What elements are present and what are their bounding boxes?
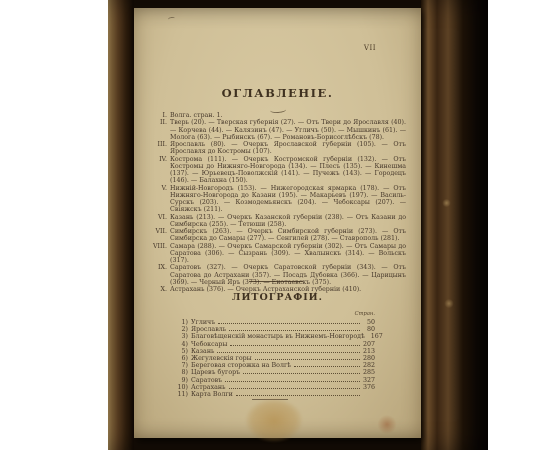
lithograph-item: 10)Астрахань376 <box>174 384 375 391</box>
lithograph-item: 7)Береговая сторожка на Волгѣ282 <box>174 362 375 369</box>
lithograph-item: 1)Угличъ50 <box>174 319 375 326</box>
lithograph-item: 9)Саратовъ327 <box>174 377 375 384</box>
ink-mark <box>168 16 176 21</box>
toc-chapter-numeral: I. <box>152 112 167 119</box>
dot-leader <box>225 381 360 382</box>
toc-entry: IX.Саратовъ (327). — Очеркъ Саратовской … <box>152 264 406 286</box>
book-cover-edge <box>108 0 134 450</box>
toc-chapter-text: Волга. стран. 1. <box>170 112 222 119</box>
lithograph-item-page: 376 <box>363 384 375 391</box>
lithograph-item-page: 167 <box>371 333 383 340</box>
lithograph-item-number: 9) <box>174 377 188 384</box>
toc-list: I.Волга. стран. 1.II.Тверь (20). — Тверс… <box>152 112 406 293</box>
lithograph-item-label: Чебоксары <box>191 341 227 348</box>
toc-entry: VII.Симбирскъ (263). — Очеркъ Симбирской… <box>152 228 406 243</box>
toc-entry: III.Ярославль (80). — Очеркъ Ярославской… <box>152 141 406 156</box>
toc-chapter-text: Самара (288). — Очеркъ Самарской губерні… <box>170 243 406 265</box>
dot-leader <box>236 395 360 396</box>
dot-leader <box>230 345 360 346</box>
page-block-fore-edge <box>421 0 488 450</box>
lithograph-item: 4)Чебоксары207 <box>174 341 375 348</box>
toc-entry: VI.Казань (213). — Очеркъ Казанской губе… <box>152 214 406 229</box>
lithograph-item-label: Ярославль <box>191 326 226 333</box>
lithograph-item: 6)Жегулевскія горы280 <box>174 355 375 362</box>
lithograph-item-page: 327 <box>363 377 375 384</box>
toc-chapter-text: Тверь (20). — Тверская губернія (27). — … <box>170 119 406 141</box>
lithograph-item-number: 1) <box>174 319 188 326</box>
toc-chapter-numeral: VIII. <box>152 243 167 250</box>
book-photo: VII ОГЛАВЛЕНІЕ. I.Волга. стран. 1.II.Тве… <box>108 0 488 450</box>
lithograph-item-page: 50 <box>363 319 375 326</box>
lithograph-item-number: 3) <box>174 333 188 340</box>
lithograph-item-number: 2) <box>174 326 188 333</box>
toc-chapter-numeral: III. <box>152 141 167 148</box>
lithograph-item-label: Астрахань <box>191 384 226 391</box>
lithograph-item: 5)Казань213 <box>174 348 375 355</box>
dot-leader <box>229 330 360 331</box>
folio-page-number: VII <box>364 44 376 52</box>
toc-chapter-text: Казань (213). — Очеркъ Казанской губерні… <box>170 214 406 228</box>
toc-chapter-numeral: II. <box>152 119 167 126</box>
toc-chapter-text: Кострома (111). — Очеркъ Костромской губ… <box>170 156 406 185</box>
dot-leader <box>294 366 360 367</box>
lithograph-item: 2)Ярославль80 <box>174 326 375 333</box>
toc-entry: VIII.Самара (288). — Очеркъ Самарской гу… <box>152 243 406 265</box>
lithograph-item-number: 6) <box>174 355 188 362</box>
lithograph-item-label: Казань <box>191 348 214 355</box>
section-divider <box>249 281 303 282</box>
lithograph-item-label: Саратовъ <box>191 377 222 384</box>
lithograph-item-page: 280 <box>363 355 375 362</box>
toc-chapter-text: Саратовъ (327). — Очеркъ Саратовской губ… <box>170 264 406 286</box>
end-divider <box>252 399 288 400</box>
toc-chapter-text: Нижній-Новгородъ (153). — Нижегородская … <box>170 185 406 214</box>
lithograph-item-page: 213 <box>363 348 375 355</box>
page-title: ОГЛАВЛЕНІЕ. <box>134 86 421 100</box>
toc-chapter-numeral: VI. <box>152 214 167 221</box>
lithograph-item-label: Береговая сторожка на Волгѣ <box>191 362 291 369</box>
lithograph-item: 8)Царевъ бугоръ285 <box>174 369 375 376</box>
dot-leader <box>243 373 360 374</box>
lithograph-item-page: 285 <box>363 369 375 376</box>
toc-chapter-numeral: IV. <box>152 156 167 163</box>
toc-chapter-numeral: V. <box>152 185 167 192</box>
lithograph-item-label: Угличъ <box>191 319 215 326</box>
lithograph-item-number: 5) <box>174 348 188 355</box>
lithograph-item-label: Жегулевскія горы <box>191 355 252 362</box>
lithograph-item: 11)Карта Волги <box>174 391 375 398</box>
lithograph-item-page: 207 <box>363 341 375 348</box>
toc-chapter-text: Симбирскъ (263). — Очеркъ Симбирской губ… <box>170 228 406 242</box>
lithograph-item-page: 282 <box>363 362 375 369</box>
lithograph-item: 3)Благовѣщенскій монастырь въ Нижнемъ-Но… <box>174 333 375 340</box>
toc-entry: II.Тверь (20). — Тверская губернія (27).… <box>152 119 406 141</box>
lithographs-heading: ЛИТОГРАФІИ. <box>134 292 421 303</box>
lithographs-list: 1)Угличъ502)Ярославль803)Благовѣщенскій … <box>174 319 375 398</box>
lithograph-item-label: Благовѣщенскій монастырь въ Нижнемъ-Новг… <box>191 333 365 340</box>
lithograph-item-number: 4) <box>174 341 188 348</box>
lithograph-item-number: 11) <box>174 391 188 398</box>
lithograph-item-label: Царевъ бугоръ <box>191 369 240 376</box>
dot-leader <box>218 323 360 324</box>
dot-leader <box>255 359 360 360</box>
foxing-stain <box>246 399 302 442</box>
toc-entry: V.Нижній-Новгородъ (153). — Нижегородска… <box>152 185 406 214</box>
toc-chapter-numeral: IX. <box>152 264 167 271</box>
page-column-header: Стран. <box>355 311 375 317</box>
lithograph-item-page: 80 <box>363 326 375 333</box>
foxing-stain <box>377 415 397 434</box>
book-page: VII ОГЛАВЛЕНІЕ. I.Волга. стран. 1.II.Тве… <box>134 8 421 438</box>
toc-chapter-numeral: VII. <box>152 228 167 235</box>
toc-entry: IV.Кострома (111). — Очеркъ Костромской … <box>152 156 406 185</box>
dot-leader <box>229 388 360 389</box>
dot-leader <box>217 352 360 353</box>
lithograph-item-number: 8) <box>174 369 188 376</box>
lithograph-item-number: 10) <box>174 384 188 391</box>
lithograph-item-number: 7) <box>174 362 188 369</box>
toc-chapter-text: Ярославль (80). — Очеркъ Ярославской губ… <box>170 141 406 155</box>
toc-entry: I.Волга. стран. 1. <box>152 112 406 119</box>
lithograph-item-label: Карта Волги <box>191 391 233 398</box>
